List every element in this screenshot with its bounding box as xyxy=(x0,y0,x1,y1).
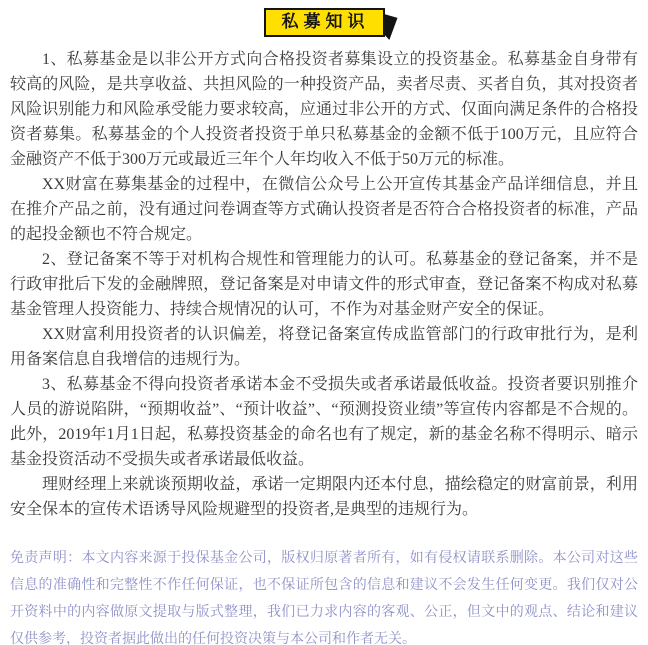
document-page: 私募知识 1、私募基金是以非公开方式向合格投资者募集设立的投资基金。私募基金自身… xyxy=(0,0,648,645)
body-paragraph: XX财富利用投资者的认识偏差，将登记备案宣传成监管部门的行政审批行为，是利用备案… xyxy=(10,322,638,372)
page-title: 私募知识 xyxy=(264,8,385,37)
body-paragraph: XX财富在募集基金的过程中，在微信公众号上公开宣传其基金产品详细信息，并且在推介… xyxy=(10,172,638,247)
article-body: 1、私募基金是以非公开方式向合格投资者募集设立的投资基金。私募基金自身带有较高的… xyxy=(10,47,638,522)
body-paragraph: 1、私募基金是以非公开方式向合格投资者募集设立的投资基金。私募基金自身带有较高的… xyxy=(10,47,638,172)
body-paragraph: 2、登记备案不等于对机构合规性和管理能力的认可。私募基金的登记备案，并不是行政审… xyxy=(10,247,638,322)
body-paragraph: 理财经理上来就谈预期收益，承诺一定期限内还本付息，描绘稳定的财富前景，利用安全保… xyxy=(10,472,638,522)
title-badge-row: 私募知识 xyxy=(10,0,638,38)
body-paragraph: 3、私募基金不得向投资者承诺本金不受损失或者承诺最低收益。投资者要识别推介人员的… xyxy=(10,372,638,472)
disclaimer-text: 免责声明：本文内容来源于投保基金公司，版权归原著者所有，如有侵权请联系删除。本公… xyxy=(10,545,638,645)
title-badge: 私募知识 xyxy=(264,8,385,37)
